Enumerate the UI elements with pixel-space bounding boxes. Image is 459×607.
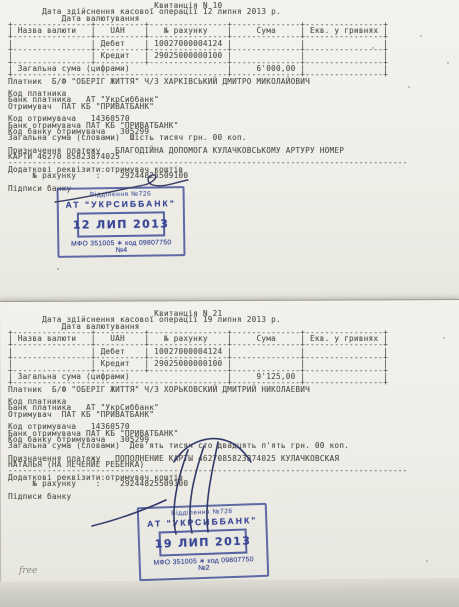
scan-speck (372, 47, 374, 49)
scan-speck (443, 337, 445, 339)
scan-speck (426, 560, 428, 562)
receipt-1-text: Квитанція N 10 Дата здійснення касової о… (8, 3, 408, 192)
bank-signature-1 (52, 170, 192, 212)
free-watermark: free (19, 566, 37, 576)
stamp-date-box: 12 ЛИП 2013 (77, 211, 165, 237)
scan-speck (408, 86, 410, 88)
scanned-receipts-document: Квитанція N 10 Дата здійснення касової о… (0, 0, 459, 607)
stamp-date: 12 ЛИП 2013 (73, 217, 170, 231)
scan-speck (420, 35, 422, 37)
bank-signature-2 (88, 436, 263, 546)
scanner-background-strip (0, 578, 459, 607)
scan-speck (447, 62, 449, 64)
scan-speck (57, 268, 59, 270)
